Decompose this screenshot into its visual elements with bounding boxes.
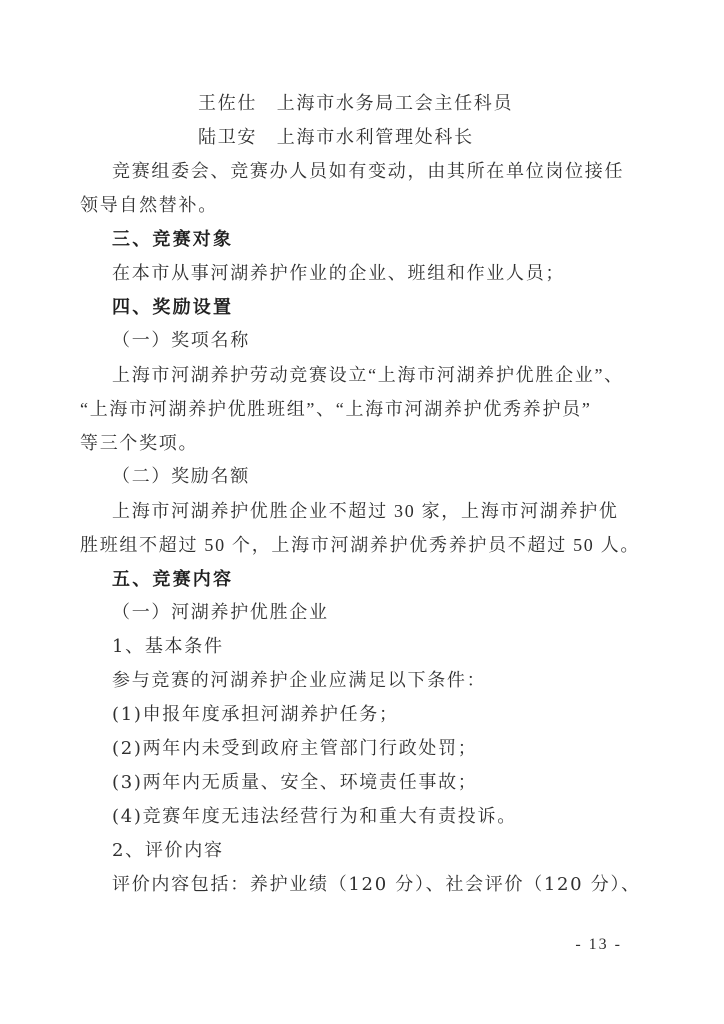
text-line-official-name: 陆卫安 上海市水利管理处科长 bbox=[80, 120, 622, 154]
text-line: 在本市从事河湖养护作业的企业、班组和作业人员； bbox=[80, 256, 622, 290]
text-line-official-name: 王佐仕 上海市水务局工会主任科员 bbox=[80, 86, 622, 120]
text-line: 上海市河湖养护优胜企业不超过 30 家，上海市河湖养护优 bbox=[80, 494, 622, 528]
sub-heading: 2、评价内容 bbox=[80, 834, 622, 868]
text-line: 领导自然替补。 bbox=[80, 188, 622, 222]
sub-heading: （二）奖励名额 bbox=[80, 460, 622, 494]
section-heading-3: 三、竞赛对象 bbox=[80, 222, 622, 256]
list-item: (3)两年内无质量、安全、环境责任事故； bbox=[80, 766, 622, 800]
list-item: (4)竞赛年度无违法经营行为和重大有责投诉。 bbox=[80, 800, 622, 834]
document-page: 王佐仕 上海市水务局工会主任科员 陆卫安 上海市水利管理处科长 竞赛组委会、竞赛… bbox=[0, 0, 724, 1024]
section-heading-5: 五、竞赛内容 bbox=[80, 562, 622, 596]
text-line: 等三个奖项。 bbox=[80, 426, 622, 460]
sub-heading: 1、基本条件 bbox=[80, 630, 622, 664]
text-line: 胜班组不超过 50 个，上海市河湖养护优秀养护员不超过 50 人。 bbox=[80, 528, 622, 562]
text-line: 参与竞赛的河湖养护企业应满足以下条件： bbox=[80, 664, 622, 698]
text-line: 评价内容包括：养护业绩（120 分）、社会评价（120 分）、 bbox=[80, 868, 622, 902]
sub-heading: （一）奖项名称 bbox=[80, 324, 622, 358]
text-line: 竞赛组委会、竞赛办人员如有变动，由其所在单位岗位接任 bbox=[80, 154, 622, 188]
text-line: 上海市河湖养护劳动竞赛设立“上海市河湖养护优胜企业”、 bbox=[80, 358, 622, 392]
section-heading-4: 四、奖励设置 bbox=[80, 290, 622, 324]
page-number: - 13 - bbox=[80, 936, 622, 954]
list-item: (2)两年内未受到政府主管部门行政处罚； bbox=[80, 732, 622, 766]
sub-heading: （一）河湖养护优胜企业 bbox=[80, 596, 622, 630]
text-line: “上海市河湖养护优胜班组”、“上海市河湖养护优秀养护员” bbox=[80, 392, 622, 426]
list-item: (1)申报年度承担河湖养护任务； bbox=[80, 698, 622, 732]
document-text-block: 王佐仕 上海市水务局工会主任科员 陆卫安 上海市水利管理处科长 竞赛组委会、竞赛… bbox=[80, 86, 622, 902]
